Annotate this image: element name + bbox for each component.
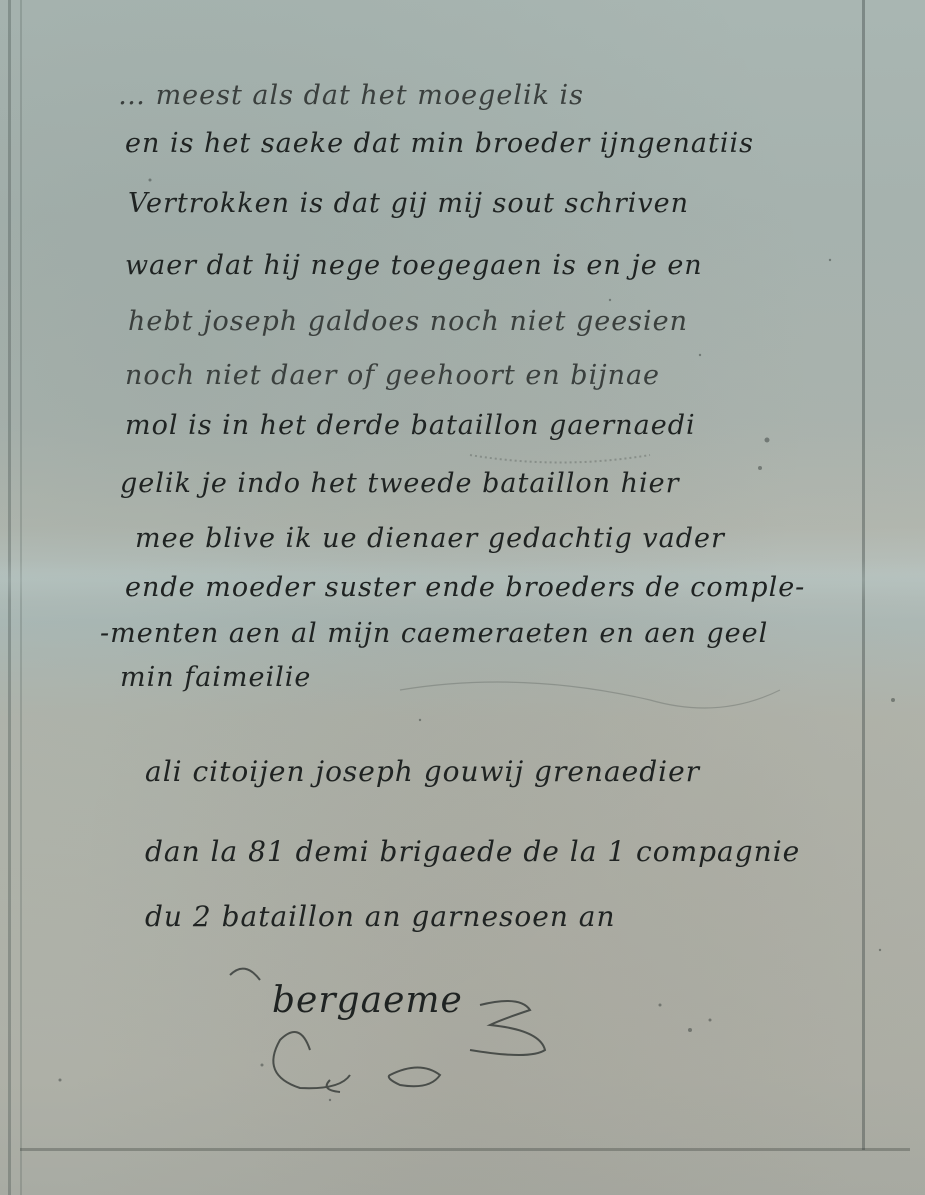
signature-flourish-icon [0, 0, 925, 1195]
letter-page: … meest als dat het moegelik is en is he… [0, 0, 925, 1195]
